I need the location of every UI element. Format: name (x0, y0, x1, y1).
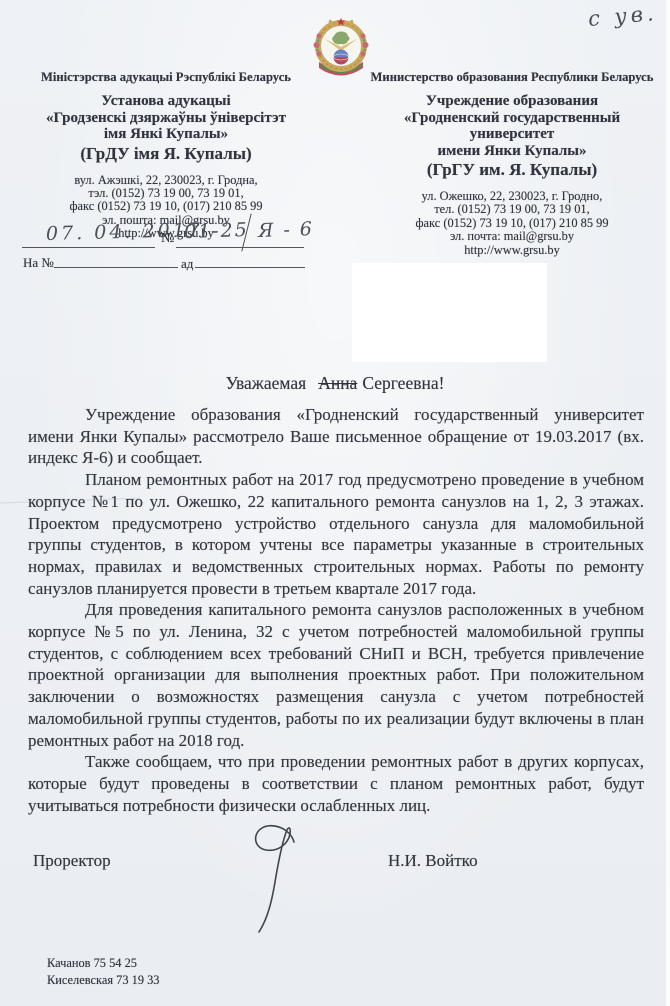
executor-contacts: Качанов 75 54 25 Киселевская 73 19 33 (47, 955, 160, 988)
date-underline (22, 247, 155, 248)
address-line: вул. Ажэшкі, 22, 230023, г. Гродна, (26, 174, 306, 187)
handwritten-signature (232, 820, 322, 943)
signer-name: Н.И. Войтко (388, 851, 478, 871)
struck-out-name: Анна (306, 373, 357, 393)
contact-line: Качанов 75 54 25 (47, 955, 160, 972)
scanned-letter-page: с ув. (0, 0, 670, 1006)
address-block-ru: ул. Ожешко, 22, 230023, г. Гродно, тел. … (364, 190, 660, 257)
body-paragraph: Для проведения капитального ремонта сану… (28, 599, 644, 751)
redaction-box (352, 263, 547, 362)
website-line: http://www.grsu.by (364, 244, 660, 257)
body-paragraph: Также сообщаем, что при проведении ремон… (28, 751, 644, 816)
salutation: УважаемаяАннаСергеевна! (0, 373, 670, 394)
handwritten-note: с ув. (587, 1, 658, 31)
handwritten-index: Я - 6 (258, 218, 315, 242)
letter-body: Учреждение образования «Гродненский госу… (28, 404, 644, 816)
number-sign-label: № (161, 231, 174, 247)
org-line: «Гродненский государственный университет (364, 110, 660, 143)
signer-title: Проректор (33, 851, 111, 871)
org-line: Учреждение образования (364, 93, 660, 110)
org-abbreviation: (ГрГУ им. Я. Купалы) (364, 160, 660, 179)
reply-number-underline (54, 267, 178, 268)
org-line: імя Янкі Купалы» (26, 126, 306, 143)
org-line: «Гродзенскі дзяржаўны ўніверсітэт (26, 110, 306, 127)
reply-date-preposition: ад (181, 256, 193, 272)
ministry-name-ru: Министерство образования Республики Бела… (364, 70, 660, 84)
address-line: тел. (0152) 73 19 00, 73 19 01, (364, 203, 660, 216)
number-underline (176, 247, 304, 248)
body-paragraph: Учреждение образования «Гродненский госу… (28, 404, 644, 469)
address-line: ул. Ожешко, 22, 230023, г. Гродно, (364, 190, 660, 203)
reply-date-underline (195, 267, 305, 268)
address-line: тэл. (0152) 73 19 00, 73 19 01, (26, 187, 306, 200)
salutation-patronymic: Сергеевна! (362, 373, 444, 393)
handwritten-date: 07. 04. 2017 (46, 219, 203, 245)
belarus-coat-of-arms-icon (310, 16, 372, 82)
org-line: имени Янки Купалы» (364, 143, 660, 160)
handwritten-outgoing-number: 01-25 (184, 219, 250, 243)
body-paragraph: Планом ремонтных работ на 2017 год преду… (28, 469, 644, 599)
org-abbreviation: (ГрДУ імя Я. Купалы) (26, 144, 306, 163)
contact-line: Киселевская 73 19 33 (47, 972, 160, 989)
ministry-name-by: Міністэрства адукацыі Рэспублікі Беларус… (26, 70, 306, 84)
salutation-prefix: Уважаемая (226, 373, 307, 393)
address-line: факс (0152) 73 19 10, (017) 210 85 99 (364, 217, 660, 230)
letterhead-russian: Министерство образования Республики Бела… (364, 70, 660, 257)
letterhead-belarusian: Міністэрства адукацыі Рэспублікі Беларус… (26, 70, 306, 241)
address-line: факс (0152) 73 19 10, (017) 210 85 99 (26, 200, 306, 213)
org-line: Установа адукацыі (26, 93, 306, 110)
reply-to-number-label: На № (23, 255, 54, 271)
scan-edge (666, 0, 670, 1006)
email-line: эл. почта: mail@grsu.by (364, 230, 660, 243)
